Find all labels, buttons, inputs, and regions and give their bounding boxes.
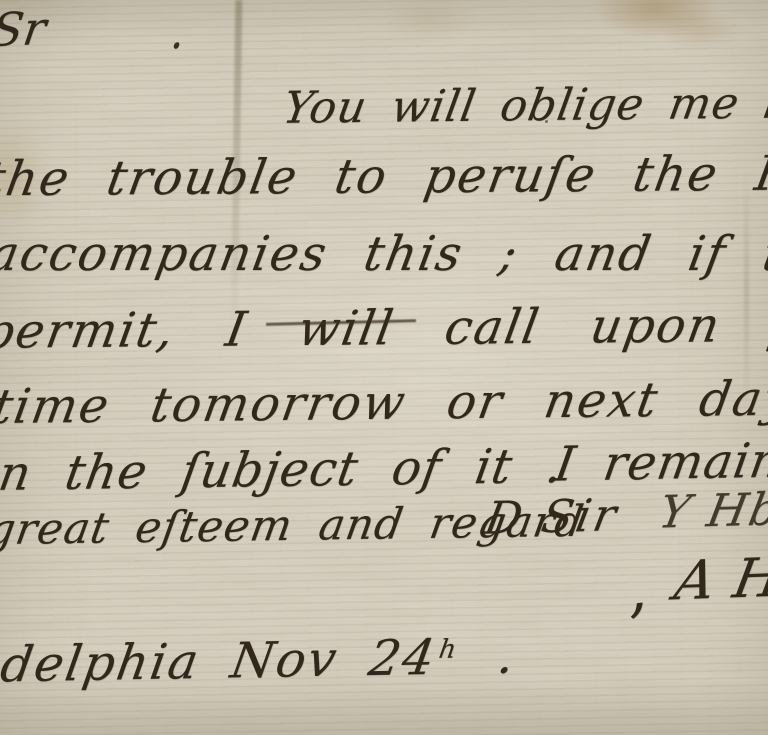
paper-texture bbox=[0, 0, 768, 735]
letter-line-1: You will oblige me by bbox=[280, 81, 768, 131]
letter-line-7-left: great eſteem and regard bbox=[0, 501, 587, 552]
dateline: delphia Nov 24h . bbox=[0, 632, 520, 690]
paper-grain-layer bbox=[0, 0, 768, 735]
dateline-day: 24 bbox=[365, 629, 441, 687]
dateline-month: Nov bbox=[227, 631, 342, 690]
signature: A Ha bbox=[671, 550, 768, 609]
letter-line-2: the trouble to peruſe the Report bbox=[0, 149, 768, 204]
letter-paper: Sr You will oblige me by the trouble to … bbox=[0, 0, 768, 735]
salutation: Sr bbox=[0, 5, 49, 53]
right-fold-crease bbox=[744, 170, 749, 410]
letter-line-6-left: n the ſubject of it . bbox=[0, 442, 567, 498]
letter-line-5: time tomorrow or next day to c bbox=[0, 373, 768, 431]
letter-line-4: permit, I will call upon you bbox=[0, 300, 768, 356]
paper-mottle-layer bbox=[0, 0, 768, 735]
vertical-fold-crease bbox=[231, 0, 243, 330]
letter-line-3: accompanies this ; and if the we bbox=[0, 230, 768, 278]
closing-dear-sir: D Sir bbox=[481, 492, 622, 540]
closing-your-humble: Y Hb bbox=[655, 486, 768, 534]
ink-speck bbox=[545, 120, 548, 123]
dateline-period: . bbox=[494, 628, 521, 685]
signature-flourish: , bbox=[622, 559, 649, 621]
ink-speck bbox=[173, 41, 180, 49]
letter-line-6-right: I remain w bbox=[552, 435, 768, 488]
dateline-place: delphia bbox=[0, 633, 204, 693]
stray-ink-stroke-line bbox=[266, 319, 416, 326]
dateline-day-superscript: h bbox=[437, 635, 461, 665]
